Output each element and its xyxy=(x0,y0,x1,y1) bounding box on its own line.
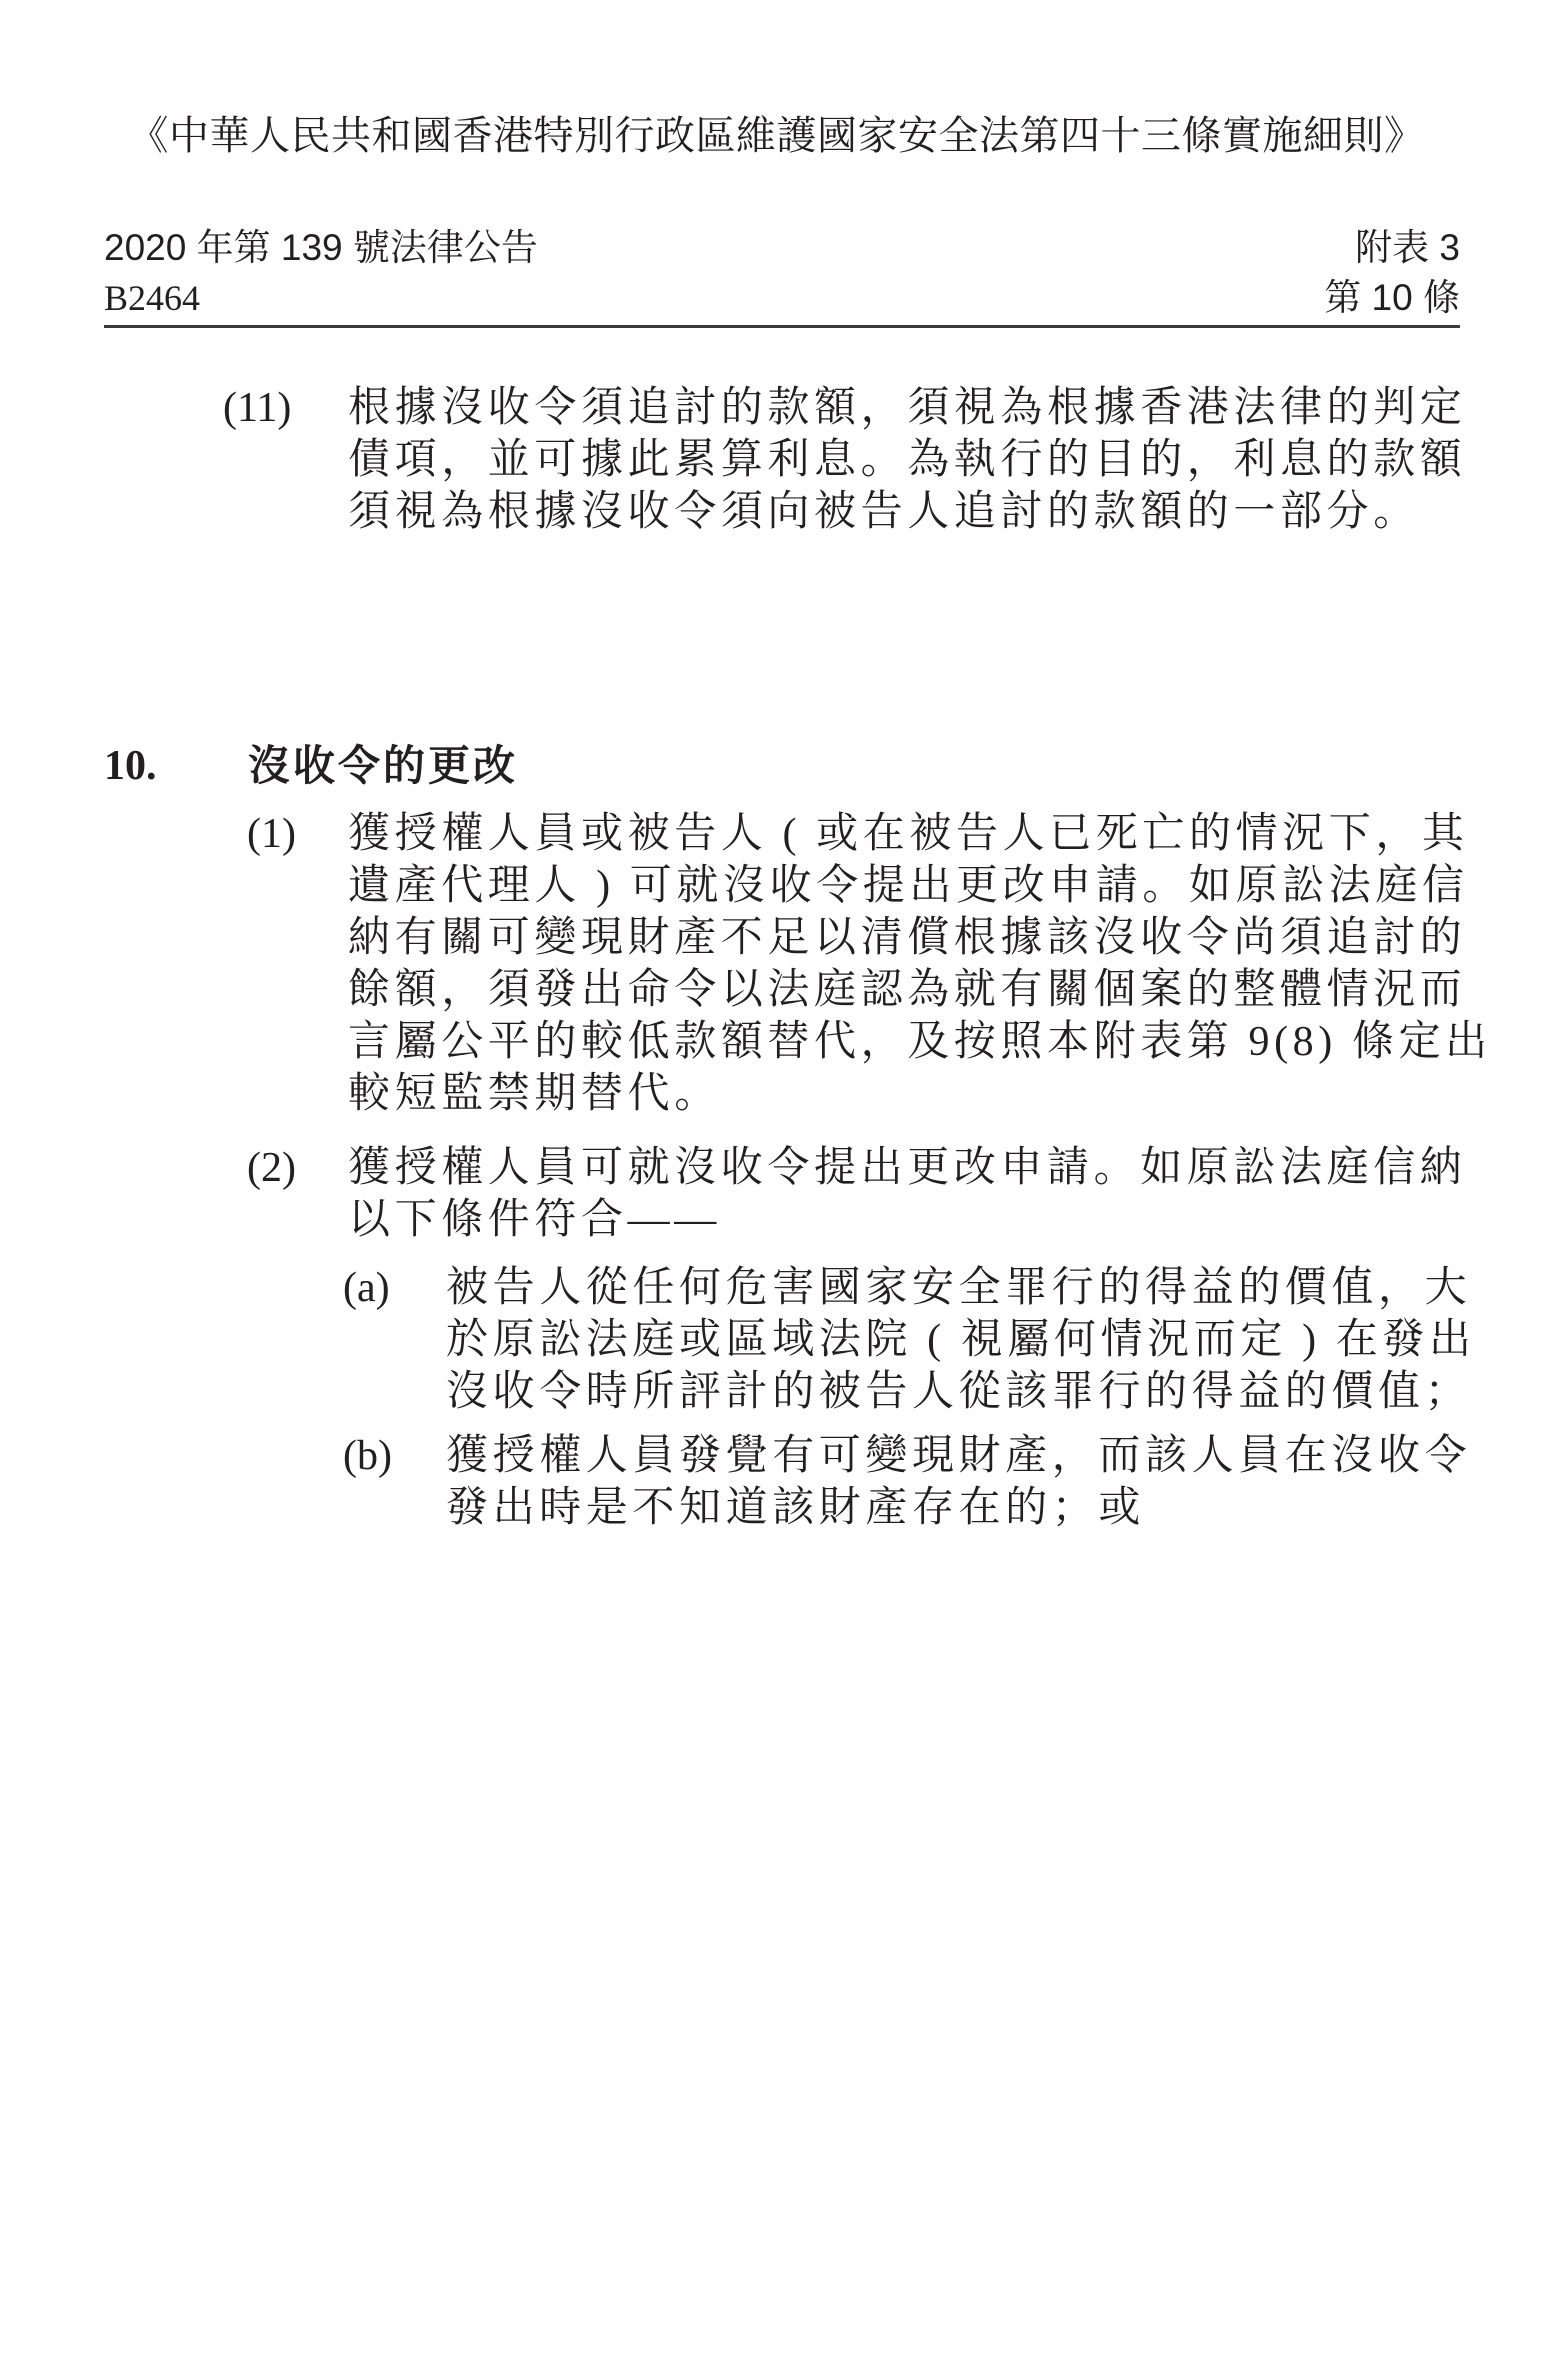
subsection-11-text: 根據沒收令須追討的款額，須視為根據香港法律的判定 債項，並可據此累算利息。為執行… xyxy=(348,382,1463,538)
running-title: 《中華人民共和國香港特別行政區維護國家安全法第四十三條實施細則》 xyxy=(0,112,1553,160)
page-code: B2464 xyxy=(104,276,200,320)
section-label: 第 10 條 xyxy=(1324,276,1460,320)
text-line: 獲授權人員可就沒收令提出更改申請。如原訟法庭信納 xyxy=(348,1142,1463,1194)
section-number: 10. xyxy=(104,740,157,792)
header-divider xyxy=(104,325,1460,328)
text-line: 以下條件符合—— xyxy=(348,1194,1463,1246)
paragraph-a-text: 被告人從任何危害國家安全罪行的得益的價值，大 於原訟法庭或區域法院 ( 視屬何情… xyxy=(446,1262,1463,1418)
text-line: 言屬公平的較低款額替代，及按照本附表第 9(8) 條定出 xyxy=(348,1016,1463,1068)
subsection-number: (1) xyxy=(247,808,296,860)
text-line: 須視為根據沒收令須向被告人追討的款額的一部分。 xyxy=(348,486,1463,538)
text-line: 債項，並可據此累算利息。為執行的目的，利息的款額 xyxy=(348,434,1463,486)
schedule-label: 附表 3 xyxy=(1355,226,1460,270)
text-line: 獲授權人員或被告人 ( 或在被告人已死亡的情況下，其 xyxy=(348,808,1463,860)
subsection-number: (11) xyxy=(223,382,291,434)
legal-notice-number: 2020 年第 139 號法律公告 xyxy=(104,226,538,270)
text-line: 根據沒收令須追討的款額，須視為根據香港法律的判定 xyxy=(348,382,1463,434)
text-line: 遺產代理人 ) 可就沒收令提出更改申請。如原訟法庭信 xyxy=(348,860,1463,912)
section-title: 沒收令的更改 xyxy=(248,740,518,792)
subsection-1-text: 獲授權人員或被告人 ( 或在被告人已死亡的情況下，其 遺產代理人 ) 可就沒收令… xyxy=(348,808,1463,1120)
text-line: 納有關可變現財產不足以清償根據該沒收令尚須追討的 xyxy=(348,912,1463,964)
text-line: 發出時是不知道該財產存在的；或 xyxy=(446,1482,1463,1534)
text-line: 獲授權人員發覺有可變現財產，而該人員在沒收令 xyxy=(446,1430,1463,1482)
text-line: 被告人從任何危害國家安全罪行的得益的價值，大 xyxy=(446,1262,1463,1314)
text-line: 較短監禁期替代。 xyxy=(348,1068,1463,1120)
subsection-2-text: 獲授權人員可就沒收令提出更改申請。如原訟法庭信納 以下條件符合—— xyxy=(348,1142,1463,1246)
paragraph-number: (b) xyxy=(343,1430,392,1482)
paragraph-b-text: 獲授權人員發覺有可變現財產，而該人員在沒收令 發出時是不知道該財產存在的；或 xyxy=(446,1430,1463,1534)
text-line: 於原訟法庭或區域法院 ( 視屬何情況而定 ) 在發出 xyxy=(446,1314,1463,1366)
subsection-number: (2) xyxy=(247,1142,296,1194)
text-line: 餘額，須發出命令以法庭認為就有關個案的整體情況而 xyxy=(348,964,1463,1016)
paragraph-number: (a) xyxy=(343,1262,390,1314)
text-line: 沒收令時所評計的被告人從該罪行的得益的價值； xyxy=(446,1366,1463,1418)
